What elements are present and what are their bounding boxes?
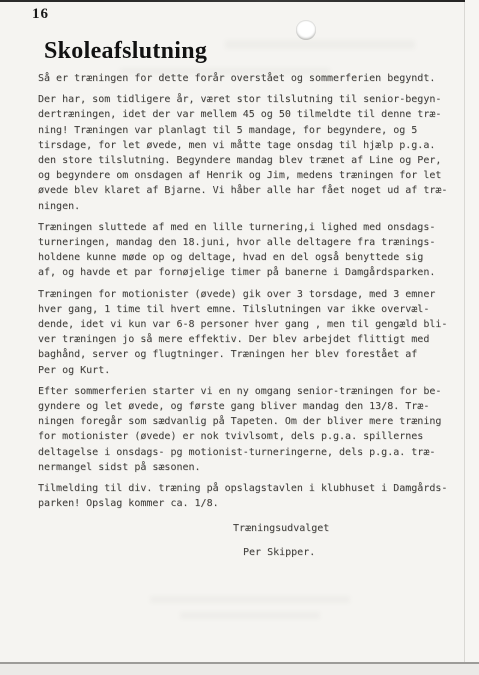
paragraph: Tilmelding til div. træning på opslagsta… <box>38 481 450 511</box>
page-number: 16 <box>32 6 49 23</box>
scan-top-edge <box>0 0 479 2</box>
paragraph: Der har, som tidligere år, været stor ti… <box>38 92 450 214</box>
signature-block: Træningsudvalget Per Skipper. <box>233 521 450 559</box>
bleed-through-smudge <box>225 40 415 49</box>
scanned-newsletter-page: { "doc": { "page_number": "16", "title":… <box>0 0 479 675</box>
page-title: Skoleafslutning <box>44 38 207 65</box>
paragraph: Så er træningen for dette forår overståe… <box>38 71 450 86</box>
paragraph: Træningen sluttede af med en lille turne… <box>38 220 450 281</box>
paragraph: Træningen for motionister (øvede) gik ov… <box>38 287 450 378</box>
page-right-margin <box>465 0 479 675</box>
bleed-through-smudge <box>180 612 320 619</box>
bleed-through-smudge <box>150 596 350 603</box>
page-right-edge <box>464 2 465 663</box>
hole-punch <box>296 20 316 40</box>
signature-name: Per Skipper. <box>243 545 450 560</box>
scan-bottom-edge <box>0 662 479 664</box>
signature-committee: Træningsudvalget <box>233 521 450 536</box>
scan-bottom-strip <box>0 664 479 675</box>
paragraph: Efter sommerferien starter vi en ny omga… <box>38 384 450 475</box>
document-body: Så er træningen for dette forår overståe… <box>38 71 450 560</box>
